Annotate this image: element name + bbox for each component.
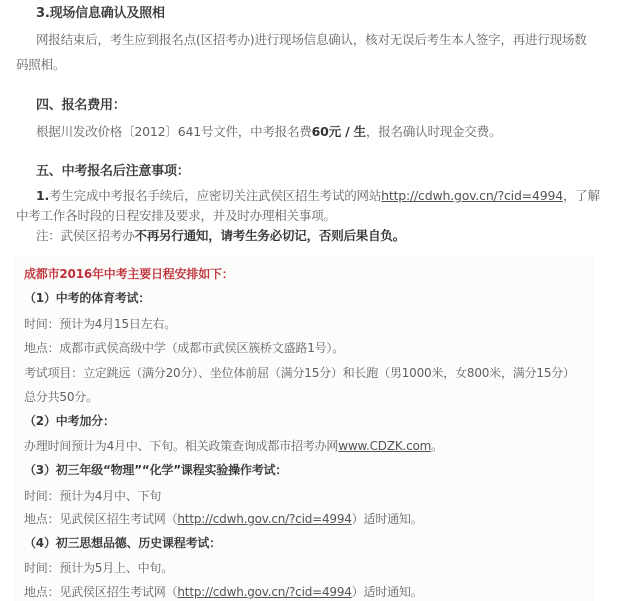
fee-text-before: 根据川发改价格〔2012〕641号文件，中考报名费: [36, 124, 312, 139]
fee-text-after: ，报名确认时现金交费。: [366, 124, 501, 139]
pe-exam-total: 总分共50分。: [24, 389, 98, 405]
lab-place-after: ）适时通知。: [352, 512, 423, 526]
lab-exam-time: 时间：预计为4月中、下旬: [24, 488, 161, 504]
fee-amount: 60元 / 生: [312, 124, 366, 139]
bonus-heading: （2）中考加分：: [24, 413, 115, 429]
section4-title: 四、报名费用：: [36, 98, 126, 114]
item1-after: ，了解: [563, 188, 600, 203]
section3-paragraph-line2: 码照相。: [16, 57, 65, 73]
section5-item1-line2: 中考工作各时段的日程安排及要求，并及时办理相关事项。: [16, 208, 336, 224]
bonus-text: 办理时间预计为4月中、下旬。相关政策查询成都市招考办网www.CDZK.com。: [24, 438, 443, 454]
lab-exam-website-link[interactable]: http://cdwh.gov.cn/?cid=4994: [177, 512, 351, 526]
section3-paragraph-line1: 网报结束后，考生应到报名点(区招考办)进行现场信息确认，核对无误后考生本人签字，…: [36, 32, 587, 48]
pe-exam-time: 时间：预计为4月15日左右。: [24, 316, 176, 332]
section5-item1-line1: 1.考生完成中考报名手续后，应密切关注武侯区招生考试的网站http://cdwh…: [36, 188, 600, 204]
moral-history-exam-time: 时间：预计为5月上、中旬。: [24, 560, 173, 576]
lab-place-before: 地点：见武侯区招生考试网（: [24, 512, 177, 526]
section4-fee-paragraph: 根据川发改价格〔2012〕641号文件，中考报名费60元 / 生，报名确认时现金…: [36, 124, 501, 140]
cdzk-website-link[interactable]: www.CDZK.com: [338, 439, 431, 453]
lab-exam-heading: （3）初三年级“物理”“化学”课程实验操作考试：: [24, 462, 287, 478]
item1-number: 1.: [36, 188, 49, 203]
note-prefix: 注：武侯区招考办: [36, 228, 134, 243]
pe-exam-items: 考试项目：立定跳远（满分20分）、坐位体前屈（满分15分）和长跑（男1000米，…: [24, 365, 575, 381]
bonus-text-after: 。: [431, 439, 443, 453]
section5-note: 注：武侯区招考办不再另行通知，请考生务必切记，否则后果自负。: [36, 228, 405, 244]
moral-history-exam-website-link[interactable]: http://cdwh.gov.cn/?cid=4994: [177, 585, 351, 599]
schedule-panel: 成都市2016年中考主要日程安排如下： （1）中考的体育考试： 时间：预计为4月…: [14, 256, 594, 601]
schedule-title: 成都市2016年中考主要日程安排如下：: [24, 266, 234, 282]
bonus-text-before: 办理时间预计为4月中、下旬。相关政策查询成都市招考办网: [24, 439, 338, 453]
wuhou-exam-website-link[interactable]: http://cdwh.gov.cn/?cid=4994: [381, 188, 563, 203]
moral-history-exam-place: 地点：见武侯区招生考试网（http://cdwh.gov.cn/?cid=499…: [24, 584, 423, 600]
moral-place-after: ）适时通知。: [352, 585, 423, 599]
moral-place-before: 地点：见武侯区招生考试网（: [24, 585, 177, 599]
section3-title: 3.现场信息确认及照相: [36, 6, 165, 22]
moral-history-exam-heading: （4）初三思想品德、历史课程考试：: [24, 535, 221, 551]
lab-exam-place: 地点：见武侯区招生考试网（http://cdwh.gov.cn/?cid=499…: [24, 511, 423, 527]
pe-exam-heading: （1）中考的体育考试：: [24, 290, 150, 306]
item1-text: 考生完成中考报名手续后，应密切关注武侯区招生考试的网站: [49, 188, 381, 203]
pe-exam-place: 地点：成都市武侯高级中学（成都市武侯区簇桥文盛路1号）。: [24, 340, 344, 356]
note-warning: 不再另行通知，请考生务必切记，否则后果自负。: [134, 228, 405, 243]
section5-title: 五、中考报名后注意事项：: [36, 164, 190, 180]
